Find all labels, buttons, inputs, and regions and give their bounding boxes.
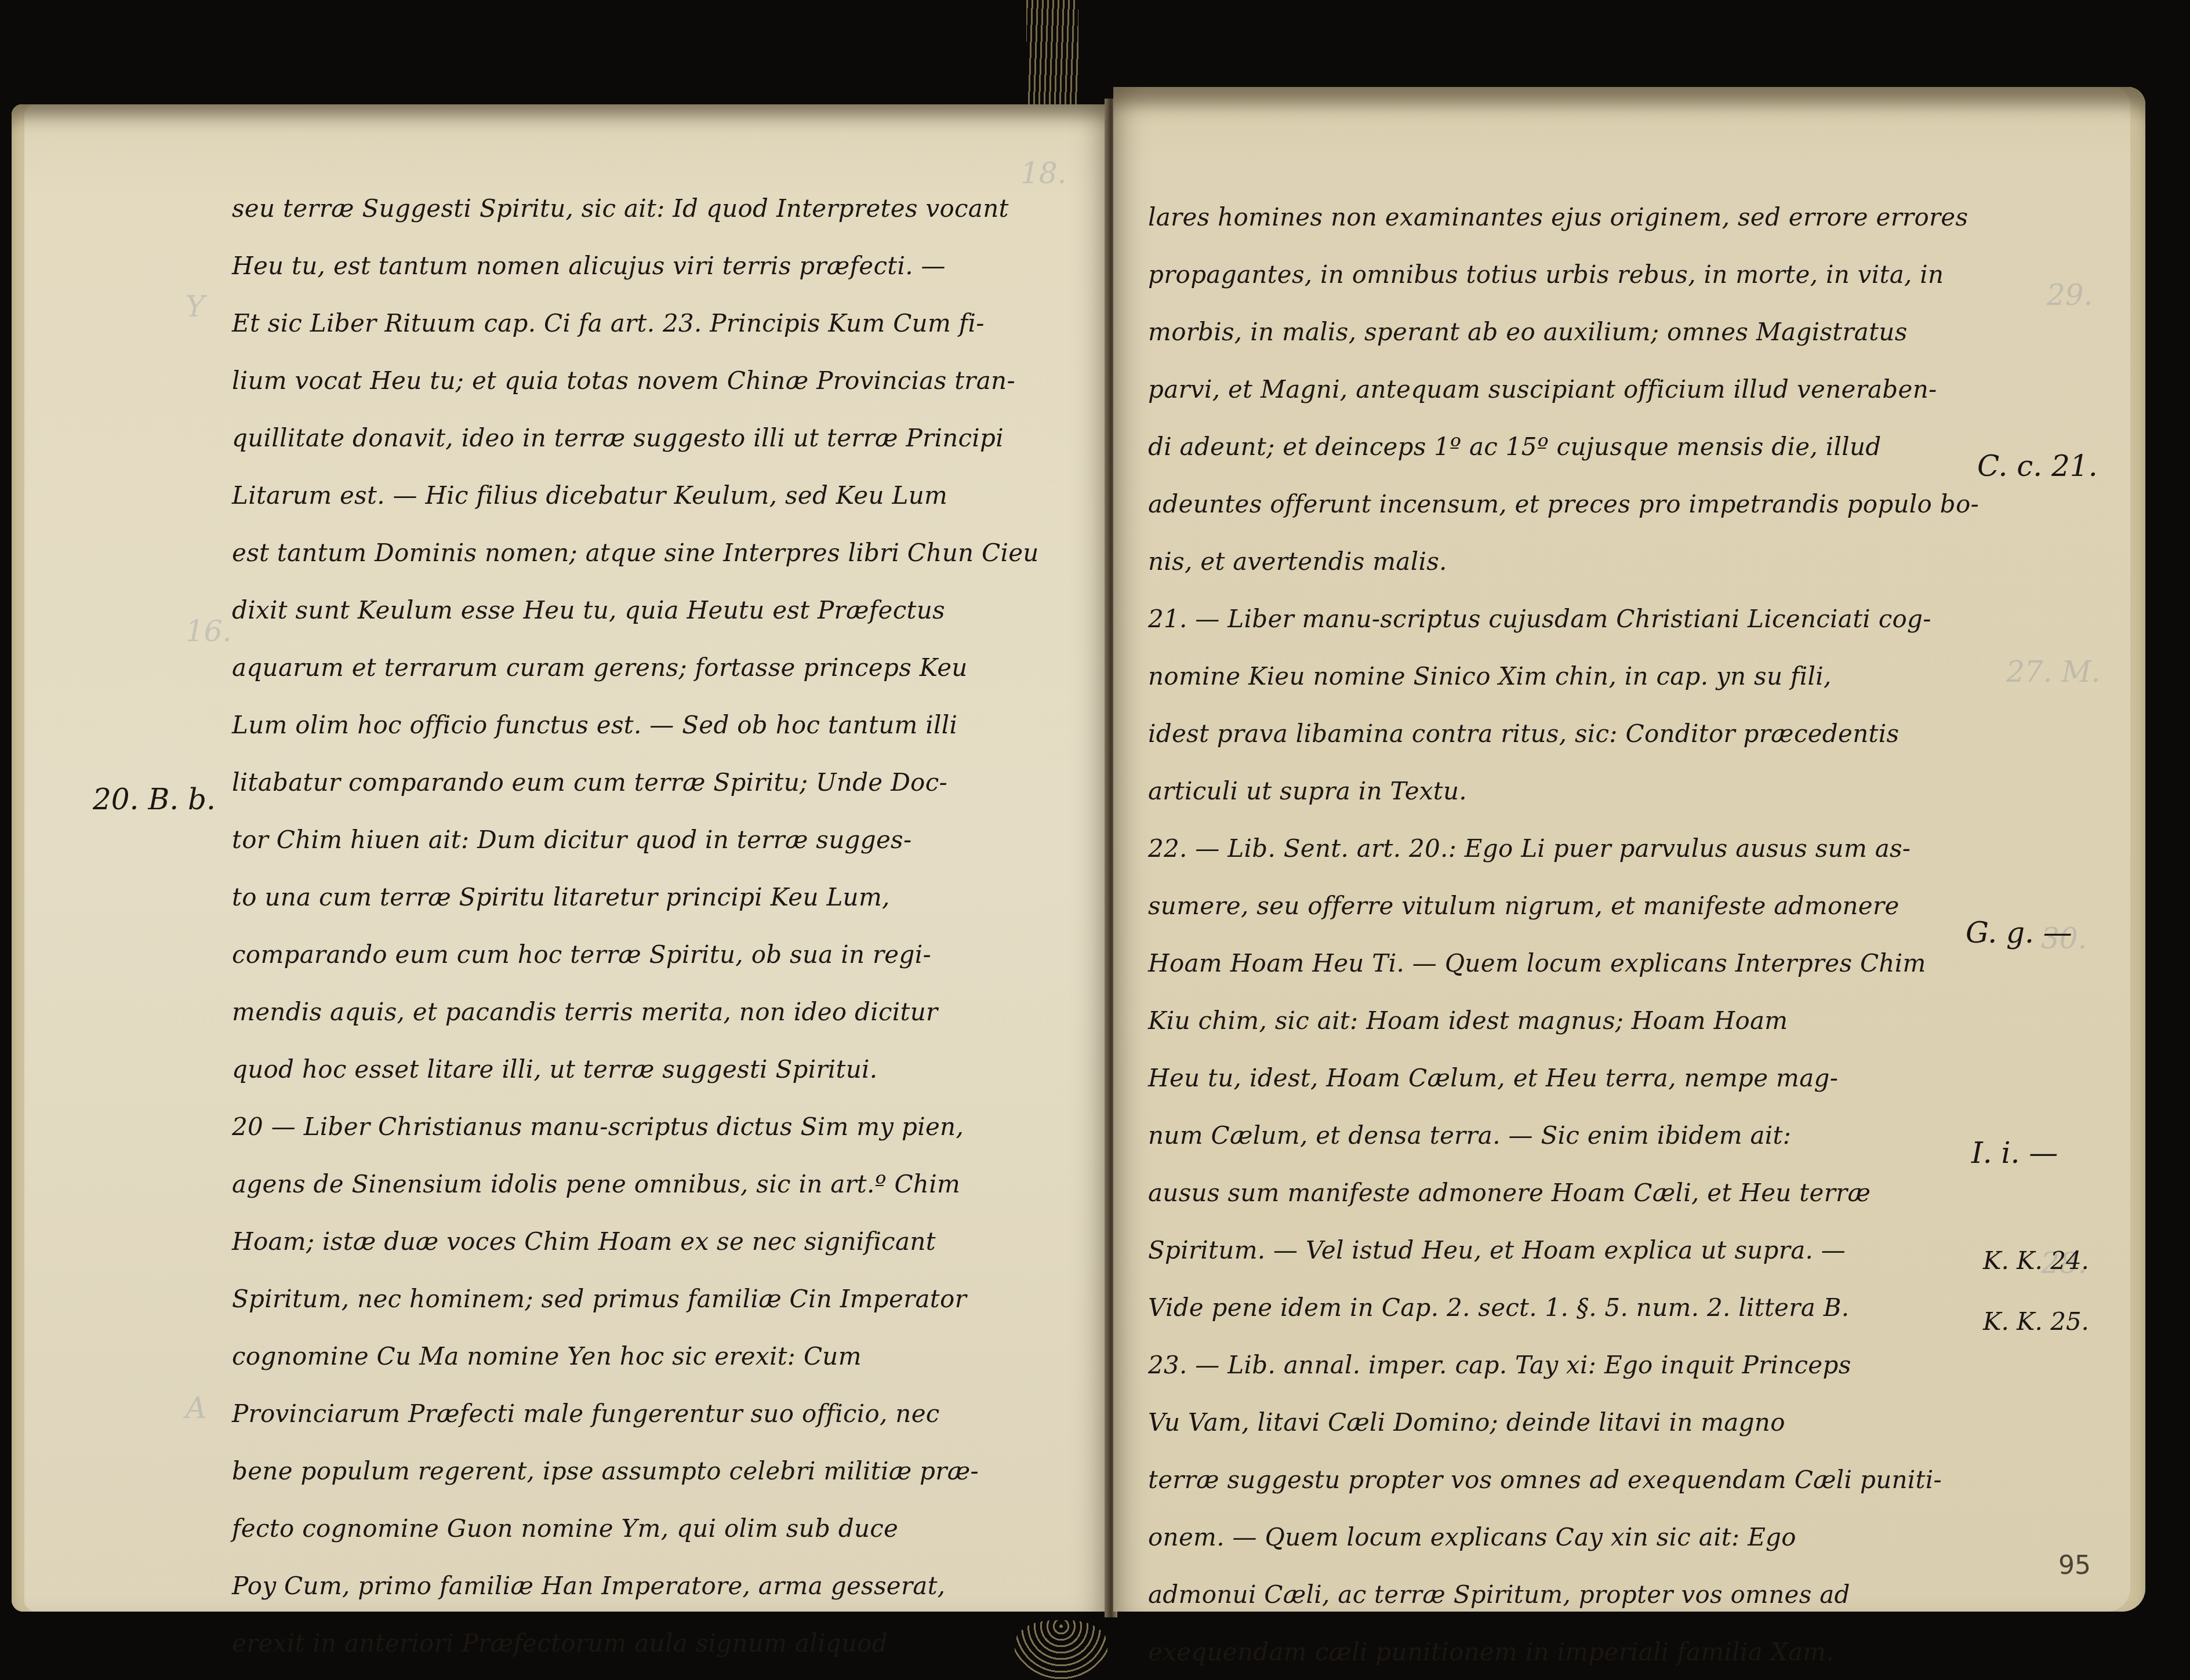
text-line: Hoam; istæ duæ voces Chim Hoam ex se nec… [232, 1213, 1073, 1270]
text-line: Litarum est. — Hic filius dicebatur Keul… [232, 467, 1073, 524]
text-line: quod hoc esset litare illi, ut terræ sug… [232, 1041, 1073, 1098]
left-page-text: seu terræ Suggesti Spiritu, sic ait: Id … [232, 180, 1073, 1672]
bleed-through-mark: A [186, 1391, 206, 1425]
text-line: tor Chim hiuen ait: Dum dicitur quod in … [232, 811, 1073, 868]
text-line: Hoam Hoam Heu Ti. — Quem locum explicans… [1148, 934, 1960, 992]
text-line: comparando eum cum hoc terræ Spiritu, ob… [232, 926, 1073, 983]
margin-reference: I. i. — [1971, 1136, 2058, 1170]
right-page-text: lares homines non examinantes ejus origi… [1148, 188, 1960, 1680]
text-line: morbis, in malis, sperant ab eo auxilium… [1148, 303, 1960, 361]
text-line: to una cum terræ Spiritu litaretur princ… [232, 868, 1073, 926]
text-line: sumere, seu offerre vitulum nigrum, et m… [1148, 877, 1960, 934]
margin-reference: C. c. 21. [1977, 449, 2098, 483]
text-line: Vu Vam, litavi Cæli Domino; deinde litav… [1148, 1394, 1960, 1451]
text-line: 23. — Lib. annal. imper. cap. Tay xi: Eg… [1148, 1336, 1960, 1394]
left-page: 18. Y 16. A 20. B. b. seu terræ Suggesti… [12, 104, 1107, 1612]
text-line: Lum olim hoc officio functus est. — Sed … [232, 696, 1073, 754]
text-line: di adeunt; et deinceps 1º ac 15º cujusqu… [1148, 418, 1960, 475]
text-line: propagantes, in omnibus totius urbis reb… [1148, 246, 1960, 303]
text-line: articuli ut supra in Textu. [1148, 762, 1960, 820]
text-line: Spiritum, nec hominem; sed primus famili… [232, 1270, 1073, 1328]
text-line: fecto cognomine Guon nomine Ym, qui olim… [232, 1500, 1073, 1557]
text-line: cognomine Cu Ma nomine Yen hoc sic erexi… [232, 1328, 1073, 1385]
binding-thread-bottom [1015, 1620, 1107, 1680]
text-line: nis, et avertendis malis. [1148, 533, 1960, 590]
text-line: mendis aquis, et pacandis terris merita,… [232, 983, 1073, 1041]
text-line: agens de Sinensium idolis pene omnibus, … [232, 1155, 1073, 1213]
text-line: quillitate donavit, ideo in terræ sugges… [232, 409, 1073, 467]
text-line: onem. — Quem locum explicans Cay xin sic… [1148, 1508, 1960, 1566]
text-line: admonui Cæli, ac terræ Spiritum, propter… [1148, 1566, 1960, 1623]
text-line: Provinciarum Præfecti male fungerentur s… [232, 1385, 1073, 1442]
page-number: 95 [2058, 1551, 2091, 1580]
text-line: Poy Cum, primo familiæ Han Imperatore, a… [232, 1557, 1073, 1614]
text-line: idest prava libamina contra ritus, sic: … [1148, 705, 1960, 762]
text-line: adeuntes offerunt incensum, et preces pr… [1148, 475, 1960, 533]
text-line: Vide pene idem in Cap. 2. sect. 1. §. 5.… [1148, 1279, 1960, 1336]
bleed-through-mark: Y [186, 290, 205, 323]
text-line: 22. — Lib. Sent. art. 20.: Ego Li puer p… [1148, 820, 1960, 877]
text-line: nomine Kieu nomine Sinico Xim chin, in c… [1148, 648, 1960, 705]
text-line: Heu tu, idest, Hoam Cælum, et Heu terra,… [1148, 1049, 1960, 1107]
text-line: ausus sum manifeste admonere Hoam Cæli, … [1148, 1164, 1960, 1221]
bleed-through-mark: 27. M. [2006, 655, 2101, 689]
text-line: exequendam cæli punitionem in imperiali … [1148, 1623, 1960, 1680]
text-line: terræ suggestu propter vos omnes ad exeq… [1148, 1451, 1960, 1508]
right-page: 29. 27. M. 30. 28. C. c. 21. G. g. — I. … [1113, 87, 2145, 1612]
manuscript-spread: 18. Y 16. A 20. B. b. seu terræ Suggesti… [12, 104, 2145, 1612]
margin-reference: 20. B. b. [93, 783, 216, 816]
text-line: 20 — Liber Christianus manu-scriptus dic… [232, 1098, 1073, 1155]
text-line: lium vocat Heu tu; et quia totas novem C… [232, 352, 1073, 409]
margin-reference: K. K. 25. [1983, 1307, 2089, 1336]
text-line: 21. — Liber manu-scriptus cujusdam Chris… [1148, 590, 1960, 648]
text-line: parvi, et Magni, antequam suscipiant off… [1148, 361, 1960, 418]
text-line: dixit sunt Keulum esse Heu tu, quia Heut… [232, 581, 1073, 639]
text-line: Spiritum. — Vel istud Heu, et Hoam expli… [1148, 1221, 1960, 1279]
text-line: num Cælum, et densa terra. — Sic enim ib… [1148, 1107, 1960, 1164]
text-line: Heu tu, est tantum nomen alicujus viri t… [232, 237, 1073, 294]
text-line: seu terræ Suggesti Spiritu, sic ait: Id … [232, 180, 1073, 237]
bleed-through-mark: 29. [2047, 278, 2093, 312]
text-line: Et sic Liber Rituum cap. Ci fa art. 23. … [232, 294, 1073, 352]
margin-reference: K. K. 24. [1983, 1246, 2089, 1275]
text-line: lares homines non examinantes ejus origi… [1148, 188, 1960, 246]
text-line: aquarum et terrarum curam gerens; fortas… [232, 639, 1073, 696]
bleed-through-mark: 16. [186, 614, 232, 648]
text-line: est tantum Dominis nomen; atque sine Int… [232, 524, 1073, 581]
text-line: litabatur comparando eum cum terræ Spiri… [232, 754, 1073, 811]
text-line: erexit in anteriori Præfectorum aula sig… [232, 1614, 1073, 1672]
text-line: Kiu chim, sic ait: Hoam idest magnus; Ho… [1148, 992, 1960, 1049]
text-line: bene populum regerent, ipse assumpto cel… [232, 1442, 1073, 1500]
margin-reference: G. g. — [1966, 916, 2072, 950]
